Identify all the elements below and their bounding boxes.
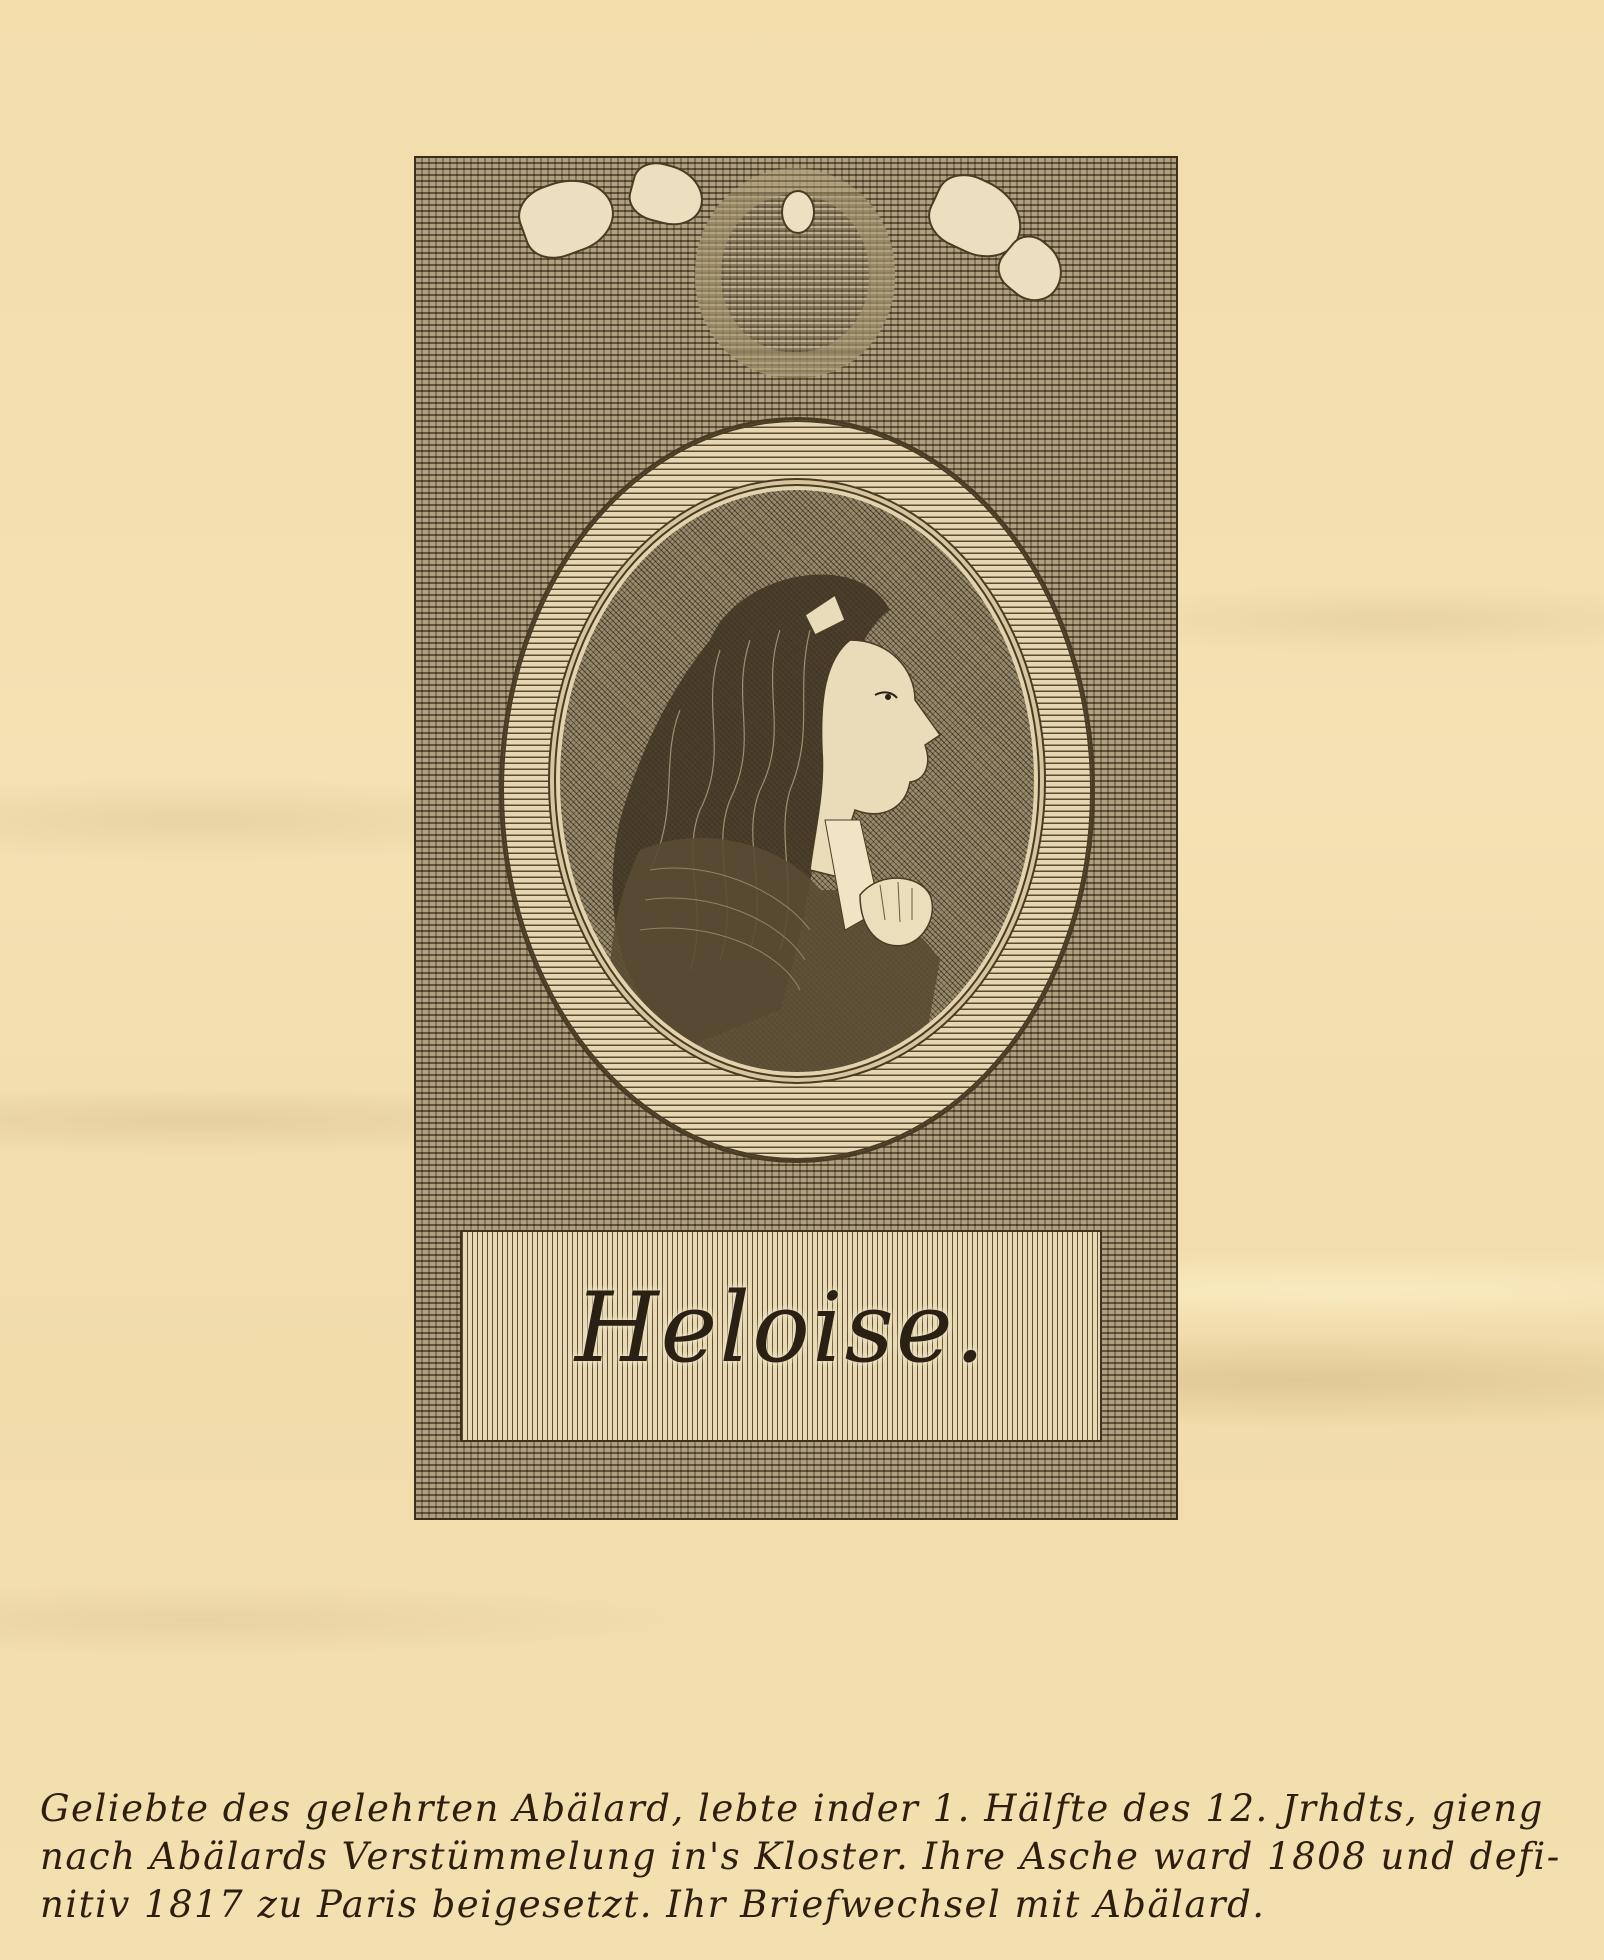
- portrait-illustration: [560, 490, 1034, 1072]
- engraving-title: Heloise.: [462, 1272, 1100, 1384]
- caption-line-2: nach Abälards Verstümmelung in's Kloster…: [40, 1833, 1580, 1881]
- caption-line-1: Geliebte des gelehrten Abälard, lebte in…: [40, 1785, 1580, 1833]
- title-cartouche: Heloise.: [462, 1232, 1100, 1440]
- wreath-ring: [781, 190, 815, 234]
- portrait-medallion: [560, 490, 1034, 1072]
- handwritten-caption: Geliebte des gelehrten Abälard, lebte in…: [40, 1785, 1580, 1929]
- caption-line-3: nitiv 1817 zu Paris beigesetzt. Ihr Brie…: [40, 1881, 1580, 1929]
